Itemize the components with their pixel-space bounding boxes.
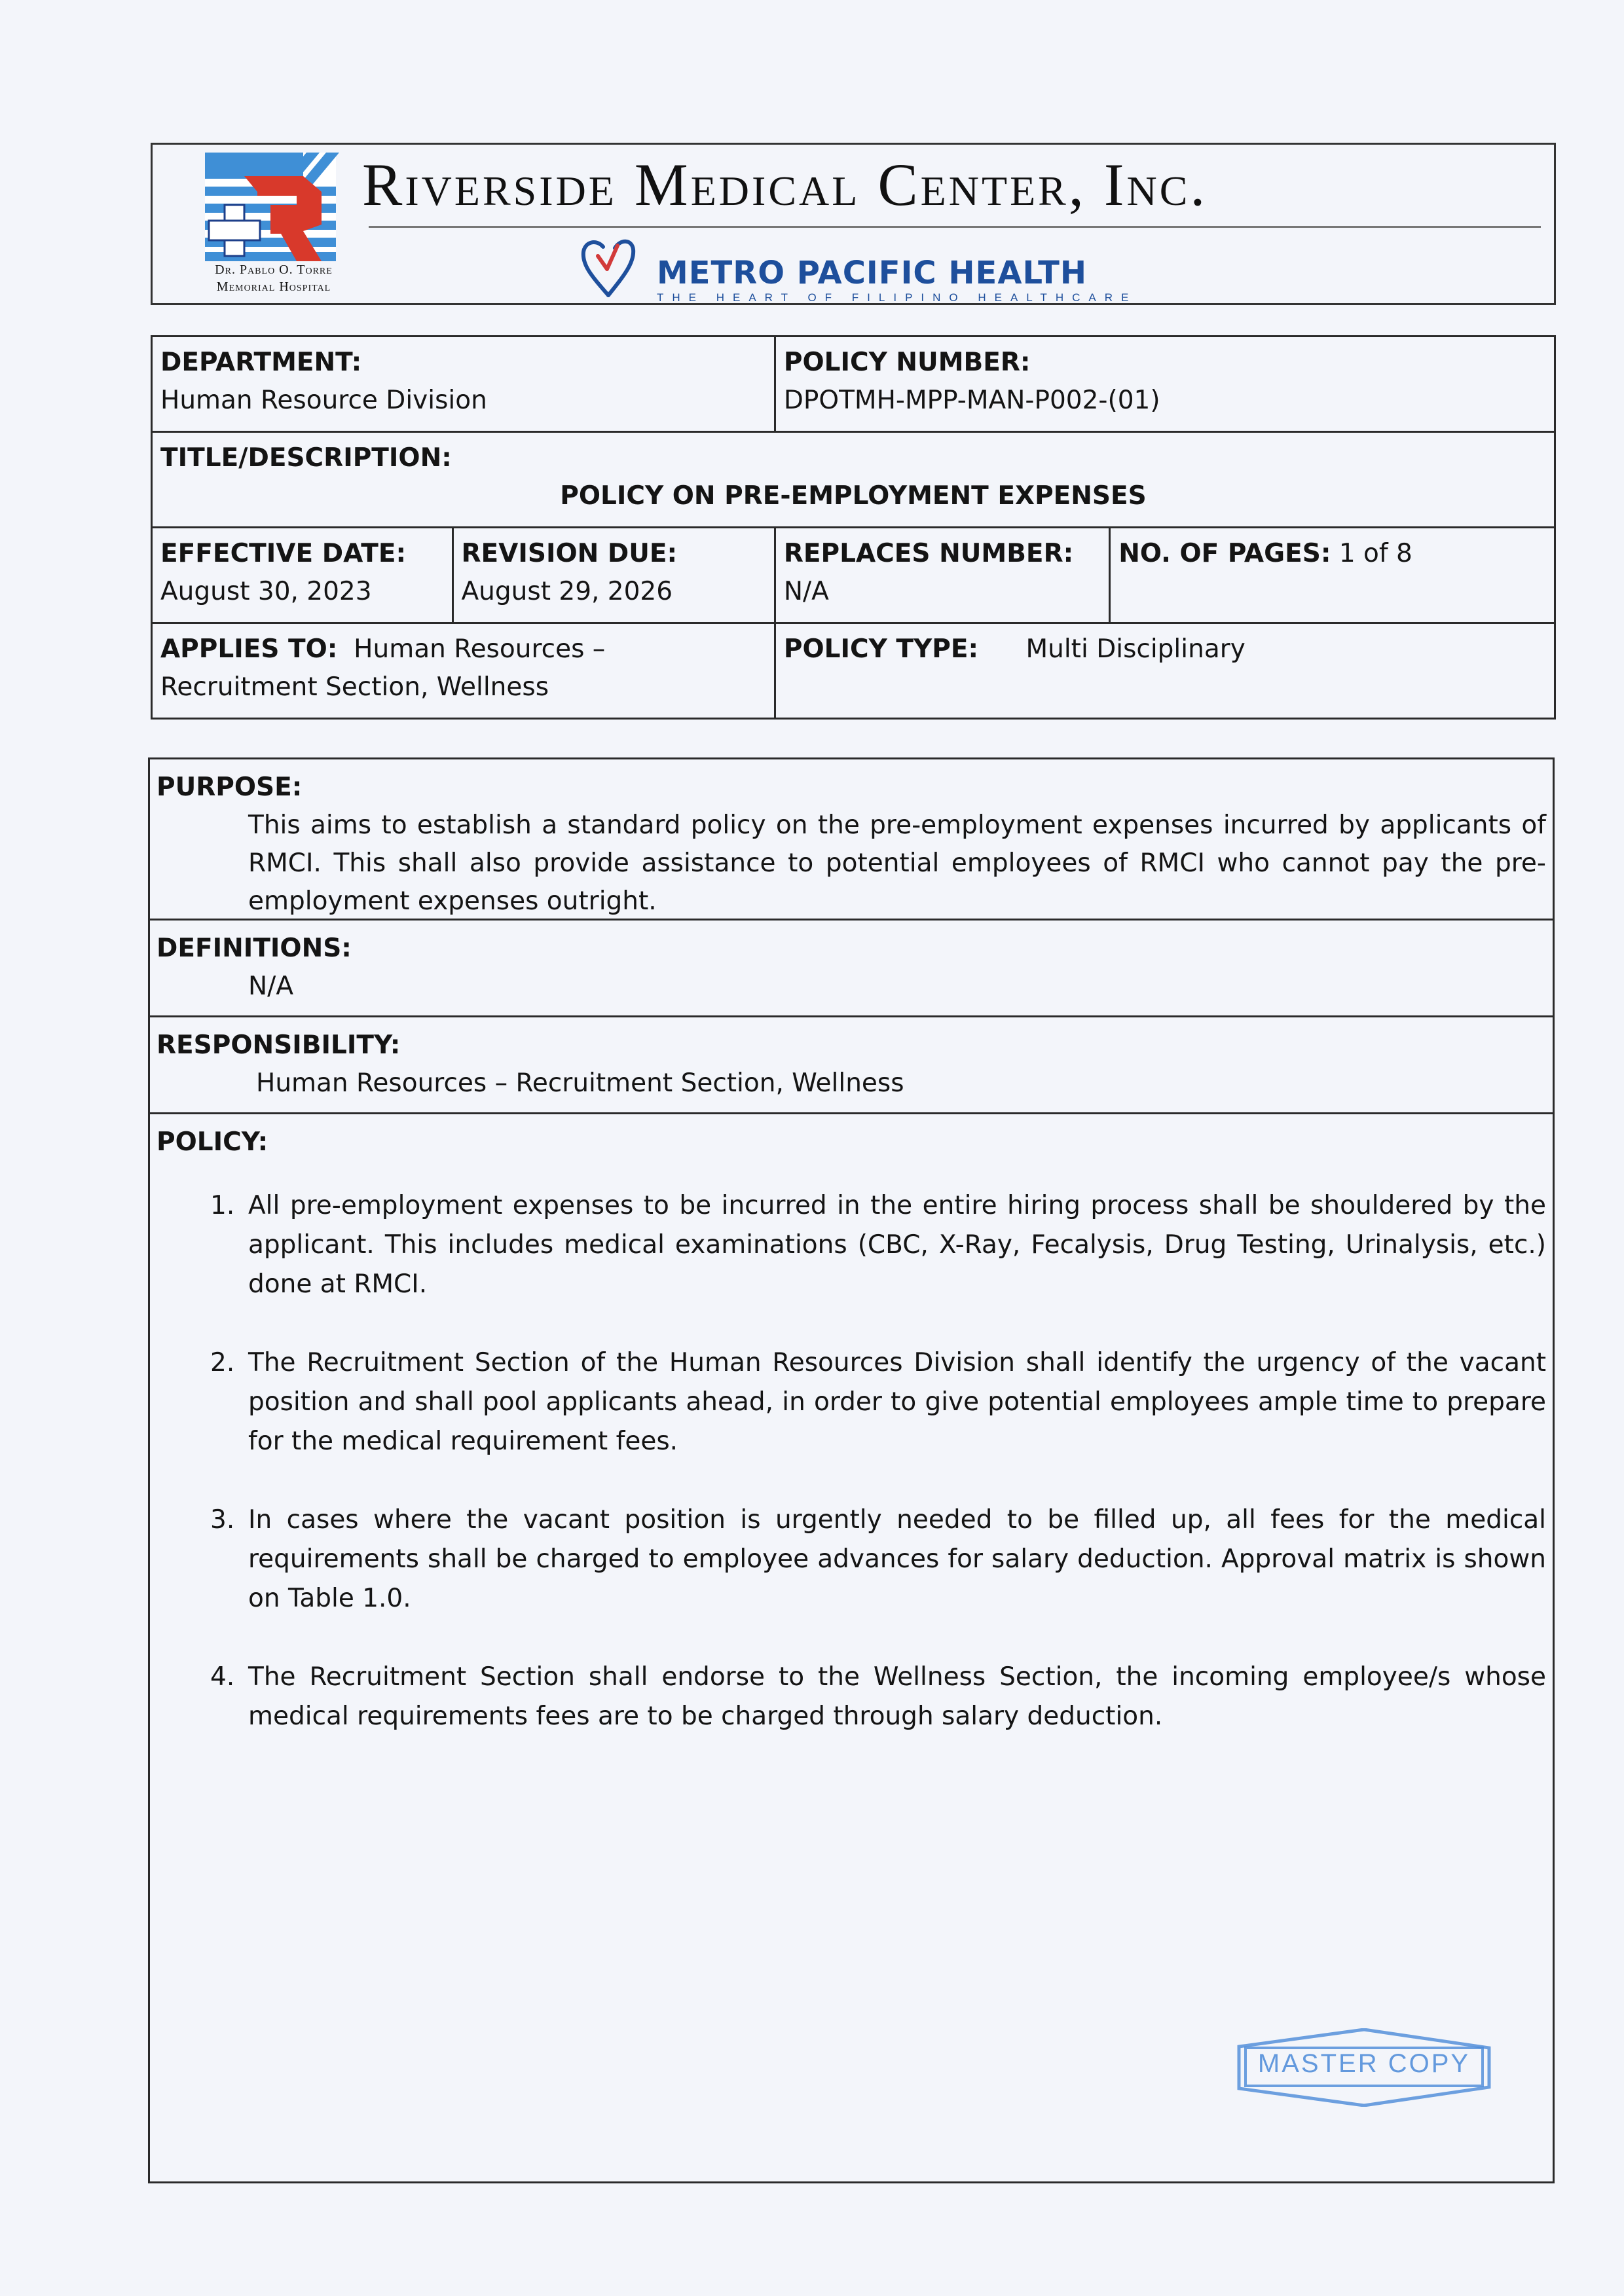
hospital-logo-icon	[205, 153, 342, 261]
applies-to-value-line2: Recruitment Section, Wellness	[160, 668, 766, 706]
policy-item-text: All pre-employment expenses to be incurr…	[248, 1191, 1546, 1299]
letterhead: Dr. Pablo O. Torre Memorial Hospital Riv…	[151, 143, 1556, 305]
replaces-number-value: N/A	[784, 573, 1101, 611]
purpose-section: PURPOSE: This aims to establish a standa…	[150, 759, 1553, 920]
pages-label: NO. OF PAGES:	[1118, 539, 1331, 568]
definitions-text: N/A	[157, 968, 1546, 1006]
applies-to-label: APPLIES TO:	[160, 634, 337, 664]
network-tagline: THE HEART OF FILIPINO HEALTHCARE	[657, 291, 1137, 304]
policy-item-text: In cases where the vacant position is ur…	[248, 1505, 1546, 1613]
department-value: Human Resource Division	[160, 382, 766, 420]
policy-section: POLICY: 1.All pre-employment expenses to…	[150, 1114, 1553, 1782]
title-cell: TITLE/DESCRIPTION: POLICY ON PRE-EMPLOYM…	[152, 432, 1555, 528]
title-label: TITLE/DESCRIPTION:	[160, 439, 1546, 477]
hospital-caption-line1: Dr. Pablo O. Torre	[179, 261, 369, 278]
department-label: DEPARTMENT:	[160, 344, 766, 382]
policy-type-label: POLICY TYPE:	[784, 634, 978, 664]
applies-to-cell: APPLIES TO: Human Resources – Recruitmen…	[152, 623, 775, 719]
effective-date-label: EFFECTIVE DATE:	[160, 535, 444, 573]
policy-item: 3.In cases where the vacant position is …	[157, 1501, 1546, 1618]
policy-item: 2.The Recruitment Section of the Human R…	[157, 1343, 1546, 1461]
policy-item: 4.The Recruitment Section shall endorse …	[157, 1658, 1546, 1736]
pages-value: 1 of 8	[1339, 539, 1412, 568]
policy-item-number: 2.	[210, 1343, 234, 1383]
header-divider	[369, 226, 1541, 228]
effective-date-cell: EFFECTIVE DATE: August 30, 2023	[152, 528, 453, 623]
stamp-text: MASTER COPY	[1236, 2049, 1492, 2079]
purpose-label: PURPOSE:	[157, 769, 1546, 807]
policy-number-cell: POLICY NUMBER: DPOTMH-MPP-MAN-P002-(01)	[775, 337, 1555, 432]
network-name: METRO PACIFIC HEALTH	[657, 255, 1087, 291]
policy-type-cell: POLICY TYPE: Multi Disciplinary	[775, 623, 1555, 719]
master-copy-stamp: MASTER COPY	[1236, 2028, 1492, 2107]
revision-due-cell: REVISION DUE: August 29, 2026	[452, 528, 775, 623]
pages-cell: NO. OF PAGES: 1 of 8	[1110, 528, 1555, 623]
policy-body: PURPOSE: This aims to establish a standa…	[148, 757, 1555, 2183]
policy-label: POLICY:	[157, 1123, 1546, 1161]
organization-name: Riverside Medical Center, Inc.	[362, 149, 1208, 221]
replaces-number-cell: REPLACES NUMBER: N/A	[775, 528, 1109, 623]
policy-item: 1.All pre-employment expenses to be incu…	[157, 1186, 1546, 1304]
applies-to-value-line1: Human Resources –	[354, 634, 605, 664]
purpose-text: This aims to establish a standard policy…	[157, 807, 1546, 920]
policy-type-value: Multi Disciplinary	[1025, 634, 1245, 664]
policy-info-table: DEPARTMENT: Human Resource Division POLI…	[151, 335, 1556, 720]
hospital-caption: Dr. Pablo O. Torre Memorial Hospital	[179, 261, 369, 295]
policy-number-label: POLICY NUMBER:	[784, 344, 1546, 382]
policy-item-number: 4.	[210, 1658, 234, 1697]
responsibility-section: RESPONSIBILITY: Human Resources – Recrui…	[150, 1017, 1553, 1114]
policy-item-text: The Recruitment Section shall endorse to…	[248, 1662, 1546, 1731]
department-cell: DEPARTMENT: Human Resource Division	[152, 337, 775, 432]
revision-due-label: REVISION DUE:	[462, 535, 766, 573]
definitions-section: DEFINITIONS: N/A	[150, 920, 1553, 1017]
policy-item-text: The Recruitment Section of the Human Res…	[248, 1348, 1546, 1456]
hospital-caption-line2: Memorial Hospital	[179, 278, 369, 295]
responsibility-label: RESPONSIBILITY:	[157, 1027, 1546, 1065]
policy-number-value: DPOTMH-MPP-MAN-P002-(01)	[784, 382, 1546, 420]
definitions-label: DEFINITIONS:	[157, 930, 1546, 968]
effective-date-value: August 30, 2023	[160, 573, 444, 611]
replaces-number-label: REPLACES NUMBER:	[784, 535, 1101, 573]
policy-title: POLICY ON PRE-EMPLOYMENT EXPENSES	[160, 477, 1546, 515]
network-logo: METRO PACIFIC HEALTH THE HEART OF FILIPI…	[578, 236, 1168, 302]
responsibility-text: Human Resources – Recruitment Section, W…	[157, 1065, 1546, 1102]
policy-item-number: 3.	[210, 1501, 234, 1540]
policy-item-number: 1.	[210, 1186, 234, 1226]
revision-due-value: August 29, 2026	[462, 573, 766, 611]
policy-list: 1.All pre-employment expenses to be incu…	[157, 1186, 1546, 1736]
heart-icon	[578, 236, 638, 299]
